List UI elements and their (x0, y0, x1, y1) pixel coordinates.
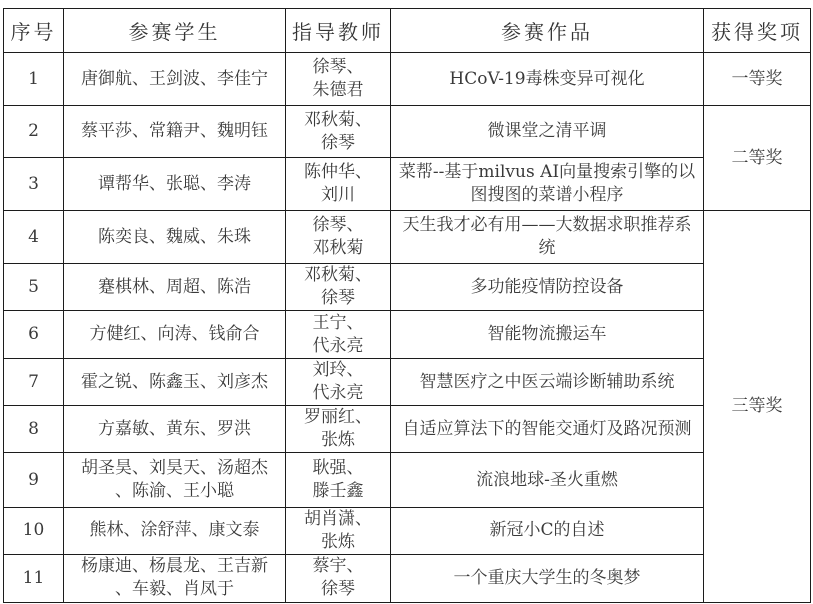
cell-students: 方嘉敏、黄东、罗洪 (64, 406, 286, 453)
column-header-award: 获得奖项 (704, 9, 811, 53)
cell-award-second: 二等奖 (704, 106, 811, 211)
table-row: 2 蔡平莎、常籍尹、魏明钰 邓秋菊、 徐琴 微课堂之清平调 二等奖 (4, 106, 811, 158)
cell-teachers: 邓秋菊、 徐琴 (286, 106, 391, 158)
cell-no: 9 (4, 453, 64, 508)
cell-no: 4 (4, 211, 64, 264)
cell-no: 1 (4, 53, 64, 106)
cell-teachers: 邓秋菊、 徐琴 (286, 264, 391, 311)
header-row: 序号 参赛学生 指导教师 参赛作品 获得奖项 (4, 9, 811, 53)
cell-teachers: 罗丽红、 张炼 (286, 406, 391, 453)
cell-students: 胡圣昊、刘昊天、汤超杰 、陈渝、王小聪 (64, 453, 286, 508)
cell-no: 10 (4, 508, 64, 555)
table-row: 7 霍之锐、陈鑫玉、刘彦杰 刘玲、 代永亮 智慧医疗之中医云端诊断辅助系统 (4, 359, 811, 406)
cell-work: HCoV-19毒株变异可视化 (391, 53, 704, 106)
cell-no: 6 (4, 311, 64, 359)
column-header-students: 参赛学生 (64, 9, 286, 53)
table-row: 5 蹇棋林、周超、陈浩 邓秋菊、 徐琴 多功能疫情防控设备 (4, 264, 811, 311)
cell-work: 天生我才必有用——大数据求职推荐系 统 (391, 211, 704, 264)
column-header-work: 参赛作品 (391, 9, 704, 53)
cell-no: 8 (4, 406, 64, 453)
cell-students: 唐御航、王剑波、李佳宁 (64, 53, 286, 106)
page: 序号 参赛学生 指导教师 参赛作品 获得奖项 1 唐御航、王剑波、李佳宁 徐琴、… (0, 0, 813, 604)
cell-students: 杨康迪、杨晨龙、王吉新 、车毅、肖凤于 (64, 554, 286, 602)
cell-teachers: 耿强、 滕壬鑫 (286, 453, 391, 508)
cell-students: 熊林、涂舒萍、康文泰 (64, 508, 286, 555)
cell-work: 菜帮--基于milvus AI向量搜索引擎的以 图搜图的菜谱小程序 (391, 158, 704, 211)
table-row: 6 方健红、向涛、钱俞合 王宁、 代永亮 智能物流搬运车 (4, 311, 811, 359)
cell-work: 智慧医疗之中医云端诊断辅助系统 (391, 359, 704, 406)
cell-students: 霍之锐、陈鑫玉、刘彦杰 (64, 359, 286, 406)
cell-work: 多功能疫情防控设备 (391, 264, 704, 311)
cell-teachers: 王宁、 代永亮 (286, 311, 391, 359)
cell-work: 自适应算法下的智能交通灯及路况预测 (391, 406, 704, 453)
cell-students: 方健红、向涛、钱俞合 (64, 311, 286, 359)
cell-teachers: 徐琴、 朱德君 (286, 53, 391, 106)
cell-no: 2 (4, 106, 64, 158)
cell-award-third: 三等奖 (704, 211, 811, 603)
cell-award-first: 一等奖 (704, 53, 811, 106)
cell-students: 蔡平莎、常籍尹、魏明钰 (64, 106, 286, 158)
cell-work: 一个重庆大学生的冬奥梦 (391, 554, 704, 602)
awards-table: 序号 参赛学生 指导教师 参赛作品 获得奖项 1 唐御航、王剑波、李佳宁 徐琴、… (3, 8, 811, 603)
cell-students: 谭帮华、张聪、李涛 (64, 158, 286, 211)
cell-teachers: 刘玲、 代永亮 (286, 359, 391, 406)
table-row: 8 方嘉敏、黄东、罗洪 罗丽红、 张炼 自适应算法下的智能交通灯及路况预测 (4, 406, 811, 453)
table-row: 4 陈奕良、魏威、朱珠 徐琴、 邓秋菊 天生我才必有用——大数据求职推荐系 统 … (4, 211, 811, 264)
table-row: 1 唐御航、王剑波、李佳宁 徐琴、 朱德君 HCoV-19毒株变异可视化 一等奖 (4, 53, 811, 106)
column-header-no: 序号 (4, 9, 64, 53)
cell-work: 智能物流搬运车 (391, 311, 704, 359)
table-row: 9 胡圣昊、刘昊天、汤超杰 、陈渝、王小聪 耿强、 滕壬鑫 流浪地球-圣火重燃 (4, 453, 811, 508)
cell-teachers: 徐琴、 邓秋菊 (286, 211, 391, 264)
table-row: 3 谭帮华、张聪、李涛 陈仲华、 刘川 菜帮--基于milvus AI向量搜索引… (4, 158, 811, 211)
cell-no: 3 (4, 158, 64, 211)
cell-work: 微课堂之清平调 (391, 106, 704, 158)
cell-work: 流浪地球-圣火重燃 (391, 453, 704, 508)
cell-no: 7 (4, 359, 64, 406)
cell-teachers: 胡肖潇、 张炼 (286, 508, 391, 555)
cell-teachers: 陈仲华、 刘川 (286, 158, 391, 211)
cell-no: 5 (4, 264, 64, 311)
table-row: 10 熊林、涂舒萍、康文泰 胡肖潇、 张炼 新冠小C的自述 (4, 508, 811, 555)
cell-work: 新冠小C的自述 (391, 508, 704, 555)
table-row: 11 杨康迪、杨晨龙、王吉新 、车毅、肖凤于 蔡宇、 徐琴 一个重庆大学生的冬奥… (4, 554, 811, 602)
cell-students: 蹇棋林、周超、陈浩 (64, 264, 286, 311)
cell-no: 11 (4, 554, 64, 602)
column-header-teachers: 指导教师 (286, 9, 391, 53)
cell-students: 陈奕良、魏威、朱珠 (64, 211, 286, 264)
cell-teachers: 蔡宇、 徐琴 (286, 554, 391, 602)
